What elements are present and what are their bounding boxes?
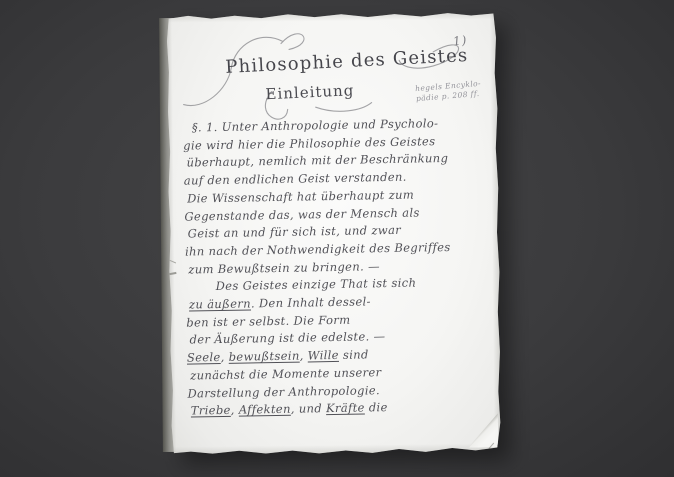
word-run: , (231, 403, 239, 417)
pencil-annotation: hegels Encyklo- pädie p. 208 ff. (415, 77, 500, 104)
word-run: , (300, 349, 308, 363)
word-run: überhaupt, nemlich mit der Beschränkung (186, 151, 448, 170)
word-run: Die Wissenschaft hat überhaupt zum (187, 187, 414, 205)
word-run: die (365, 400, 388, 414)
word-run: Darstellung der Anthropologie. (187, 383, 380, 400)
word-run: Geist an und für sich ist, und zwar (188, 223, 402, 241)
word-run: Des Geistes einzige That ist sich (216, 276, 417, 293)
word-run: zunächst die Momente unserer (190, 365, 381, 382)
underlined-word: bewußtsein (229, 349, 300, 364)
word-run: , und (291, 401, 326, 416)
word-run: §. 1. Unter Anthropologie und Psycholo- (192, 116, 439, 134)
word-run: ben ist er selbst. Die Form (186, 312, 350, 329)
underlined-word: Seele (187, 350, 221, 365)
underlined-word: zu äußern (189, 296, 251, 311)
underlined-word: Kräfte (326, 401, 365, 416)
page-subtitle: Einleitung (265, 81, 355, 103)
page-title: Philosophie des Geistes (225, 45, 476, 78)
underlined-word: Triebe (191, 403, 231, 418)
word-run: sind (339, 348, 369, 363)
word-run: Gegenstande das, was der Mensch als (184, 205, 419, 223)
scan-background: 1) Philosophie des Geistes Einleitung he… (0, 0, 674, 477)
word-run: ihn nach der Nothwendigkeit des Begriffe… (185, 240, 451, 259)
word-run: der Äußerung ist die edelste. — (189, 330, 385, 347)
manuscript-line: Triebe, Affekten, und Kräfte die (191, 398, 484, 421)
word-run: . Den Inhalt dessel- (251, 294, 371, 310)
manuscript-page: 1) Philosophie des Geistes Einleitung he… (165, 11, 503, 456)
word-run: zum Bewußtsein zu bringen. — (188, 259, 380, 276)
word-run: gie wird hier die Philosophie des Geiste… (183, 134, 435, 152)
word-run: , (221, 350, 229, 364)
word-run: auf den endlichen Geist verstanden. (184, 170, 407, 188)
manuscript-body: §. 1. Unter Anthropologie und Psycholo-g… (183, 114, 484, 420)
underlined-word: Affekten (239, 402, 291, 417)
underlined-word: Wille (308, 348, 339, 363)
